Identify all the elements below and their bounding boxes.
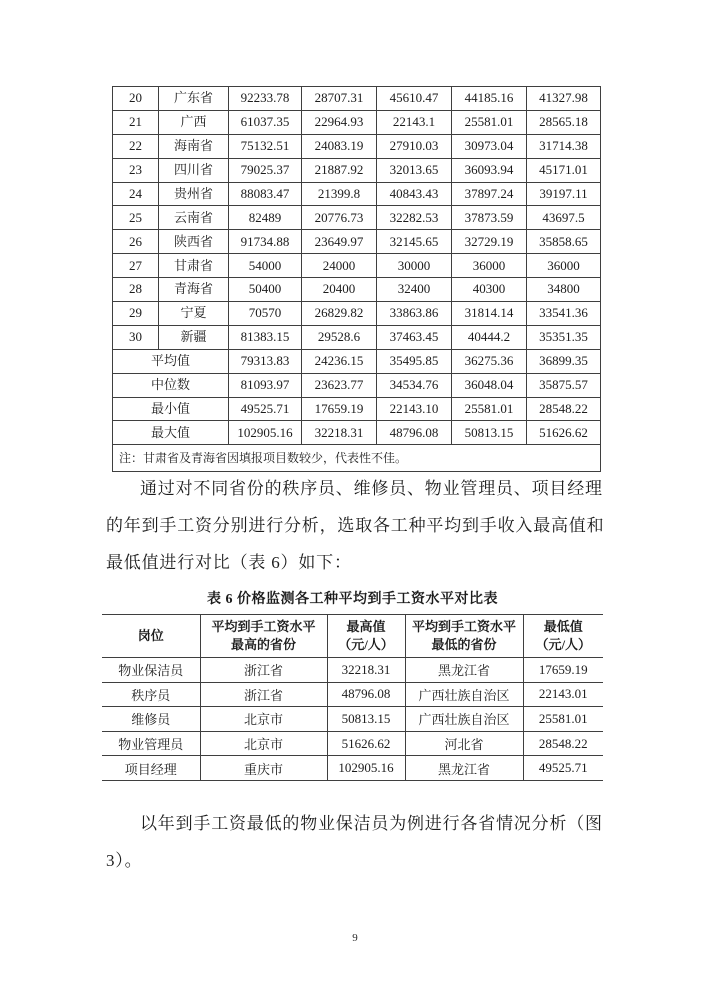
value-cell: 32013.65 <box>377 158 452 182</box>
province-cell: 广西壮族自治区 <box>405 707 523 732</box>
value-cell: 28565.18 <box>527 110 601 134</box>
province-name: 贵州省 <box>159 182 229 206</box>
province-cell: 黑龙江省 <box>405 756 523 781</box>
stat-label: 最大值 <box>113 421 229 445</box>
column-header: 平均到手工资水平最低的省份 <box>405 615 523 658</box>
page-number: 9 <box>0 929 710 947</box>
province-cell: 北京市 <box>200 731 327 756</box>
value-cell: 49525.71 <box>523 756 603 781</box>
row-index: 25 <box>113 206 159 230</box>
job-comparison-table: 岗位 平均到手工资水平最高的省份 最高值（元/人） 平均到手工资水平最低的省份 … <box>102 614 603 781</box>
value-cell: 40300 <box>452 278 527 302</box>
value-cell: 75132.51 <box>229 134 302 158</box>
value-cell: 36048.04 <box>452 373 527 397</box>
stat-row: 中位数81093.9723623.7734534.7636048.0435875… <box>113 373 601 397</box>
body-paragraph-1: 通过对不同省份的秩序员、维修员、物业管理员、项目经理 的年到手工资分别进行分析，… <box>106 470 606 581</box>
value-cell: 25581.01 <box>452 110 527 134</box>
province-cell: 北京市 <box>200 707 327 732</box>
value-cell: 21887.92 <box>302 158 377 182</box>
job-name: 秩序员 <box>102 682 200 707</box>
value-cell: 70570 <box>229 302 302 326</box>
value-cell: 20776.73 <box>302 206 377 230</box>
value-cell: 39197.11 <box>527 182 601 206</box>
paragraph-line: 通过对不同省份的秩序员、维修员、物业管理员、项目经理 <box>106 470 606 507</box>
row-index: 22 <box>113 134 159 158</box>
row-index: 29 <box>113 302 159 326</box>
stat-label: 最小值 <box>113 397 229 421</box>
province-cell: 广西壮族自治区 <box>405 682 523 707</box>
row-index: 30 <box>113 325 159 349</box>
table6-caption: 表 6 价格监测各工种平均到手工资水平对比表 <box>102 590 603 610</box>
value-cell: 50400 <box>229 278 302 302</box>
table-row: 29宁夏7057026829.8233863.8631814.1433541.3… <box>113 302 601 326</box>
header-line: 平均到手工资水平 <box>408 618 521 636</box>
header-line: 岗位 <box>104 627 198 645</box>
province-cell: 黑龙江省 <box>405 658 523 683</box>
table-row: 秩序员浙江省48796.08广西壮族自治区22143.01 <box>102 682 603 707</box>
row-index: 21 <box>113 110 159 134</box>
value-cell: 30973.04 <box>452 134 527 158</box>
job-name: 项目经理 <box>102 756 200 781</box>
value-cell: 24000 <box>302 254 377 278</box>
value-cell: 35858.65 <box>527 230 601 254</box>
job-name: 维修员 <box>102 707 200 732</box>
row-index: 23 <box>113 158 159 182</box>
table-row: 24贵州省88083.4721399.840843.4337897.243919… <box>113 182 601 206</box>
value-cell: 40843.43 <box>377 182 452 206</box>
paragraph-line: 3）。 <box>106 842 606 879</box>
value-cell: 22143.01 <box>523 682 603 707</box>
job-name: 物业保洁员 <box>102 658 200 683</box>
body-paragraph-2: 以年到手工资最低的物业保洁员为例进行各省情况分析（图 3）。 <box>106 805 606 879</box>
value-cell: 34534.76 <box>377 373 452 397</box>
value-cell: 24083.19 <box>302 134 377 158</box>
value-cell: 44185.16 <box>452 87 527 111</box>
value-cell: 36275.36 <box>452 349 527 373</box>
stat-row: 平均值79313.8324236.1535495.8536275.3636899… <box>113 349 601 373</box>
value-cell: 25581.01 <box>523 707 603 732</box>
value-cell: 27910.03 <box>377 134 452 158</box>
document-page: 20广东省92233.7828707.3145610.4744185.16413… <box>0 0 710 1003</box>
value-cell: 28548.22 <box>523 731 603 756</box>
value-cell: 79313.83 <box>229 349 302 373</box>
stat-label: 中位数 <box>113 373 229 397</box>
value-cell: 88083.47 <box>229 182 302 206</box>
table-row: 21广西61037.3522964.9322143.125581.0128565… <box>113 110 601 134</box>
value-cell: 36000 <box>452 254 527 278</box>
value-cell: 50813.15 <box>327 707 405 732</box>
value-cell: 102905.16 <box>229 421 302 445</box>
row-index: 24 <box>113 182 159 206</box>
province-name: 新疆 <box>159 325 229 349</box>
value-cell: 102905.16 <box>327 756 405 781</box>
header-line: （元/人） <box>526 636 602 654</box>
value-cell: 17659.19 <box>523 658 603 683</box>
column-header: 最高值（元/人） <box>327 615 405 658</box>
note-row: 注：甘肃省及青海省因填报项目数较少，代表性不佳。 <box>113 445 601 472</box>
value-cell: 48796.08 <box>377 421 452 445</box>
province-name: 四川省 <box>159 158 229 182</box>
value-cell: 49525.71 <box>229 397 302 421</box>
province-name: 青海省 <box>159 278 229 302</box>
value-cell: 37463.45 <box>377 325 452 349</box>
table-row: 项目经理重庆市102905.16黑龙江省49525.71 <box>102 756 603 781</box>
header-line: （元/人） <box>330 636 403 654</box>
row-index: 26 <box>113 230 159 254</box>
value-cell: 43697.5 <box>527 206 601 230</box>
value-cell: 34800 <box>527 278 601 302</box>
value-cell: 81383.15 <box>229 325 302 349</box>
value-cell: 36000 <box>527 254 601 278</box>
province-salary-table: 20广东省92233.7828707.3145610.4744185.16413… <box>112 86 601 472</box>
province-name: 宁夏 <box>159 302 229 326</box>
value-cell: 32400 <box>377 278 452 302</box>
header-row: 岗位 平均到手工资水平最高的省份 最高值（元/人） 平均到手工资水平最低的省份 … <box>102 615 603 658</box>
value-cell: 48796.08 <box>327 682 405 707</box>
paragraph-line: 的年到手工资分别进行分析，选取各工种平均到手收入最高值和 <box>106 507 606 544</box>
province-name: 陕西省 <box>159 230 229 254</box>
value-cell: 32729.19 <box>452 230 527 254</box>
value-cell: 37873.59 <box>452 206 527 230</box>
table-row: 30新疆81383.1529528.637463.4540444.235351.… <box>113 325 601 349</box>
value-cell: 26829.82 <box>302 302 377 326</box>
value-cell: 81093.97 <box>229 373 302 397</box>
value-cell: 92233.78 <box>229 87 302 111</box>
row-index: 28 <box>113 278 159 302</box>
row-index: 27 <box>113 254 159 278</box>
header-line: 最低的省份 <box>408 636 521 654</box>
paragraph-line: 以年到手工资最低的物业保洁员为例进行各省情况分析（图 <box>106 805 606 842</box>
value-cell: 45171.01 <box>527 158 601 182</box>
column-header: 最低值（元/人） <box>523 615 603 658</box>
value-cell: 32218.31 <box>302 421 377 445</box>
stat-row: 最大值102905.1632218.3148796.0850813.155162… <box>113 421 601 445</box>
value-cell: 51626.62 <box>527 421 601 445</box>
value-cell: 40444.2 <box>452 325 527 349</box>
header-line: 最高的省份 <box>203 636 325 654</box>
province-cell: 浙江省 <box>200 682 327 707</box>
stat-label: 平均值 <box>113 349 229 373</box>
table-row: 26陕西省91734.8823649.9732145.6532729.19358… <box>113 230 601 254</box>
value-cell: 25581.01 <box>452 397 527 421</box>
value-cell: 82489 <box>229 206 302 230</box>
table-row: 20广东省92233.7828707.3145610.4744185.16413… <box>113 87 601 111</box>
value-cell: 31714.38 <box>527 134 601 158</box>
value-cell: 32282.53 <box>377 206 452 230</box>
value-cell: 35351.35 <box>527 325 601 349</box>
value-cell: 61037.35 <box>229 110 302 134</box>
value-cell: 54000 <box>229 254 302 278</box>
value-cell: 28707.31 <box>302 87 377 111</box>
value-cell: 33863.86 <box>377 302 452 326</box>
value-cell: 45610.47 <box>377 87 452 111</box>
value-cell: 17659.19 <box>302 397 377 421</box>
table-row: 物业管理员北京市51626.62河北省28548.22 <box>102 731 603 756</box>
value-cell: 30000 <box>377 254 452 278</box>
table-row: 物业保洁员浙江省32218.31黑龙江省17659.19 <box>102 658 603 683</box>
value-cell: 28548.22 <box>527 397 601 421</box>
value-cell: 22143.1 <box>377 110 452 134</box>
header-line: 平均到手工资水平 <box>203 618 325 636</box>
value-cell: 29528.6 <box>302 325 377 349</box>
value-cell: 79025.37 <box>229 158 302 182</box>
province-name: 云南省 <box>159 206 229 230</box>
province-name: 广东省 <box>159 87 229 111</box>
province-name: 广西 <box>159 110 229 134</box>
province-cell: 浙江省 <box>200 658 327 683</box>
province-cell: 河北省 <box>405 731 523 756</box>
table-row: 28青海省5040020400324004030034800 <box>113 278 601 302</box>
value-cell: 22143.10 <box>377 397 452 421</box>
value-cell: 50813.15 <box>452 421 527 445</box>
province-name: 甘肃省 <box>159 254 229 278</box>
row-index: 20 <box>113 87 159 111</box>
header-line: 最低值 <box>526 618 602 636</box>
value-cell: 32145.65 <box>377 230 452 254</box>
column-header: 岗位 <box>102 615 200 658</box>
value-cell: 35875.57 <box>527 373 601 397</box>
table-row: 维修员北京市50813.15广西壮族自治区25581.01 <box>102 707 603 732</box>
header-line: 最高值 <box>330 618 403 636</box>
value-cell: 91734.88 <box>229 230 302 254</box>
value-cell: 36899.35 <box>527 349 601 373</box>
value-cell: 23623.77 <box>302 373 377 397</box>
value-cell: 37897.24 <box>452 182 527 206</box>
column-header: 平均到手工资水平最高的省份 <box>200 615 327 658</box>
value-cell: 33541.36 <box>527 302 601 326</box>
value-cell: 21399.8 <box>302 182 377 206</box>
value-cell: 23649.97 <box>302 230 377 254</box>
value-cell: 36093.94 <box>452 158 527 182</box>
value-cell: 51626.62 <box>327 731 405 756</box>
province-name: 海南省 <box>159 134 229 158</box>
value-cell: 32218.31 <box>327 658 405 683</box>
value-cell: 31814.14 <box>452 302 527 326</box>
value-cell: 20400 <box>302 278 377 302</box>
value-cell: 22964.93 <box>302 110 377 134</box>
paragraph-line: 最低值进行对比（表 6）如下： <box>106 544 606 581</box>
table-note: 注：甘肃省及青海省因填报项目数较少，代表性不佳。 <box>113 445 601 472</box>
value-cell: 24236.15 <box>302 349 377 373</box>
value-cell: 35495.85 <box>377 349 452 373</box>
stat-row: 最小值49525.7117659.1922143.1025581.0128548… <box>113 397 601 421</box>
table-row: 23四川省79025.3721887.9232013.6536093.94451… <box>113 158 601 182</box>
table-row: 22海南省75132.5124083.1927910.0330973.04317… <box>113 134 601 158</box>
table-row: 27甘肃省5400024000300003600036000 <box>113 254 601 278</box>
province-cell: 重庆市 <box>200 756 327 781</box>
value-cell: 41327.98 <box>527 87 601 111</box>
table-row: 25云南省8248920776.7332282.5337873.5943697.… <box>113 206 601 230</box>
job-name: 物业管理员 <box>102 731 200 756</box>
